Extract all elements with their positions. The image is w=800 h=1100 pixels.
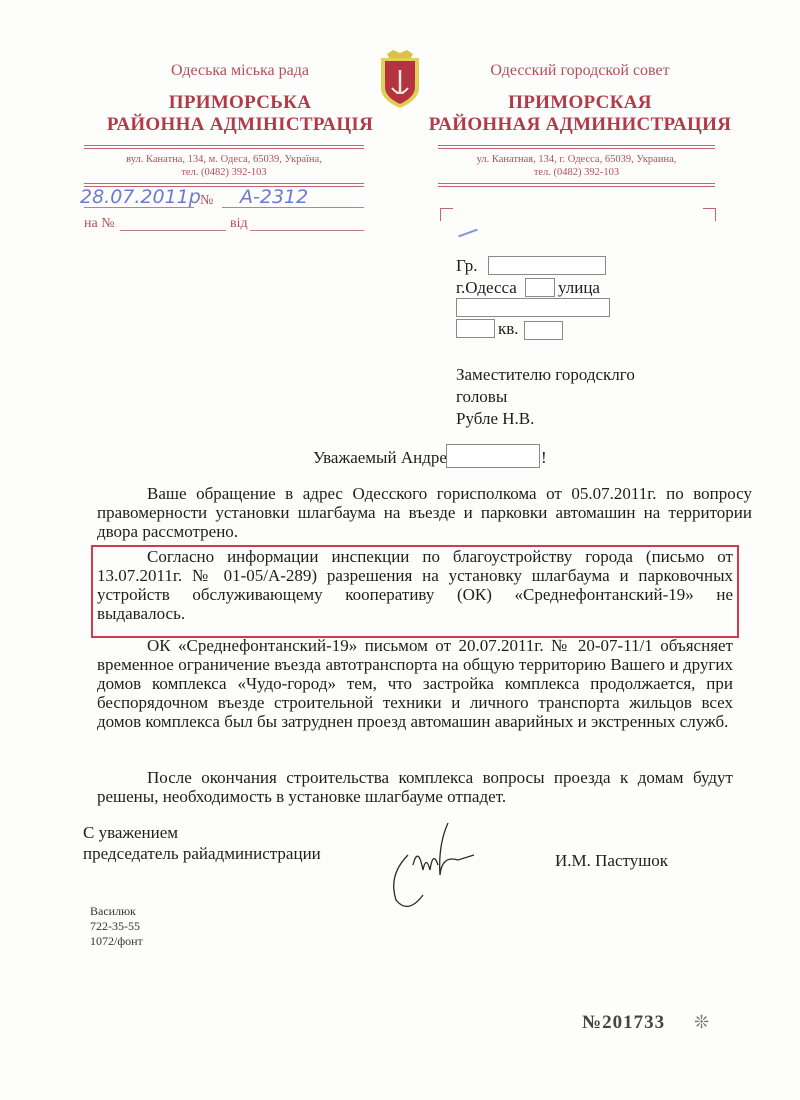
apt-label: кв.: [498, 318, 519, 340]
ref-number-line: [120, 230, 226, 231]
address-corner-right: [703, 208, 716, 221]
redacted-apt-box: [524, 321, 563, 340]
executor-ref: 1072/фонт: [90, 934, 143, 949]
registration-date: 28.07.2011р: [80, 186, 201, 208]
org-name-ua-line1: ПРИМОРСЬКА: [80, 92, 400, 114]
org-name-ru-line1: ПРИМОРСКАЯ: [420, 92, 740, 114]
redacted-street-box: [456, 298, 610, 317]
address-corner-left: [440, 208, 453, 221]
divider: [84, 145, 364, 149]
addressee-line3: Рубле Н.В.: [456, 408, 534, 430]
redacted-house-box: [456, 319, 495, 338]
council-name-ru: Одесский городской совет: [430, 62, 730, 80]
gr-label: Гр.: [456, 255, 478, 277]
signatory-position: председатель райадминистрации: [83, 843, 321, 865]
street-label: улица: [558, 277, 600, 299]
paragraph-3: ОК «Среднефонтанский-19» письмом от 20.0…: [97, 636, 733, 731]
council-name-ua: Одеська міська рада: [90, 62, 390, 80]
salutation-punct: !: [541, 447, 547, 469]
paragraph-4: После окончания строительства комплекса …: [97, 768, 733, 806]
divider: [438, 145, 715, 149]
city-label: г.Одесса: [456, 277, 517, 299]
signatory-name: И.М. Пастушок: [555, 850, 668, 872]
addressee-line1: Заместителю городсклго: [456, 364, 635, 386]
org-name-ua-line2: РАЙОННА АДМІНІСТРАЦІЯ: [80, 114, 400, 136]
address-ua: вул. Канатна, 134, м. Одеса, 65039, Укра…: [84, 153, 364, 166]
ref-date-line: [250, 230, 364, 231]
redacted-box: [525, 278, 555, 297]
ref-date-label: від: [230, 216, 248, 232]
number-label: №: [200, 193, 213, 209]
coat-of-arms-icon: [375, 48, 425, 110]
paragraph-1: Ваше обращение в адрес Одесского гориспо…: [97, 484, 752, 541]
executor-phone: 722-35-55: [90, 919, 140, 934]
phone-ru: тел. (0482) 392-103: [438, 166, 715, 179]
form-number: №201733: [582, 1012, 665, 1034]
handwritten-signature: [378, 815, 488, 915]
ornament-icon: ❊: [694, 1012, 709, 1033]
redacted-surname-box: [446, 444, 540, 468]
address-ru: ул. Канатная, 134, г. Одесса, 65039, Укр…: [438, 153, 715, 166]
addressee-line2: головы: [456, 386, 507, 408]
check-mark: [458, 229, 477, 238]
executor-name: Василюк: [90, 904, 136, 919]
redacted-name-box: [488, 256, 606, 275]
closing: С уважением: [83, 822, 178, 844]
phone-ua: тел. (0482) 392-103: [84, 166, 364, 179]
paragraph-2: Согласно информации инспекции по благоус…: [97, 547, 733, 623]
org-name-ru-line2: РАЙОННАЯ АДМИНИСТРАЦИЯ: [420, 114, 740, 136]
registration-number: А-2312: [240, 186, 308, 208]
divider: [438, 183, 715, 187]
salutation: Уважаемый Андрей: [313, 447, 456, 469]
ref-number-label: на №: [84, 216, 115, 232]
